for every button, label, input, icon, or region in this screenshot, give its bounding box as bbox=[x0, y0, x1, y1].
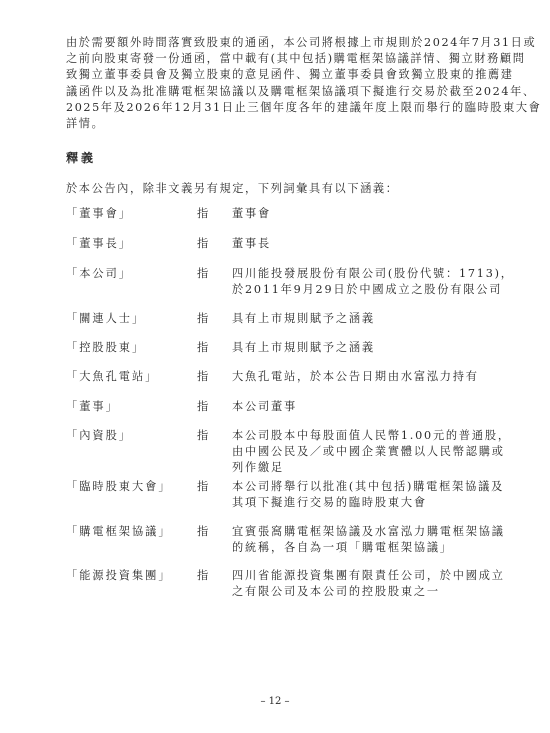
definition-text: 本公司董事 bbox=[232, 399, 486, 415]
means-label: 指 bbox=[197, 568, 208, 584]
definition-term: 「購電框架協議」 bbox=[66, 524, 172, 540]
definition-text: 本公司將舉行以批准(其中包括)購電框架協議及 其項下擬進行交易的臨時股東大會 bbox=[232, 479, 486, 511]
definitions-intro: 於本公告內，除非文義另有規定，下列詞彙具有以下涵義： bbox=[66, 180, 398, 196]
section-heading: 釋義 bbox=[66, 149, 96, 166]
means-label: 指 bbox=[197, 369, 208, 385]
paragraph-line: 議函件以及為批准購電框架協議以及購電框架協議項下擬進行交易於截至2024年、 bbox=[66, 84, 486, 100]
means-label: 指 bbox=[197, 311, 208, 327]
definition-line: 四川能投發展股份有限公司(股份代號：1713)， bbox=[232, 266, 486, 282]
definition-text: 具有上市規則賦予之涵義 bbox=[232, 340, 486, 356]
definition-text: 四川能投發展股份有限公司(股份代號：1713)， 於2011年9月29日於中國成… bbox=[232, 266, 486, 298]
means-label: 指 bbox=[197, 399, 208, 415]
definition-text: 本公司股本中每股面值人民幣1.00元的普通股， 由中國公民及／或中國企業實體以人… bbox=[232, 428, 486, 477]
definition-term: 「董事會」 bbox=[66, 206, 132, 222]
definition-term: 「本公司」 bbox=[66, 266, 132, 282]
paragraph-line: 2025年及2026年12月31日止三個年度各年的建議年度上限而舉行的臨時股東大… bbox=[66, 100, 486, 116]
definition-line: 董事長 bbox=[232, 236, 486, 252]
definition-text: 四川省能源投資集團有限責任公司，於中國成立 之有限公司及本公司的控股股東之一 bbox=[232, 568, 486, 600]
definition-term: 「控股股東」 bbox=[66, 340, 145, 356]
definition-text: 董事長 bbox=[232, 236, 486, 252]
page-number: – 12 – bbox=[0, 696, 550, 707]
definition-line: 具有上市規則賦予之涵義 bbox=[232, 311, 486, 327]
means-label: 指 bbox=[197, 266, 208, 282]
paragraph-line: 之前向股東寄發一份通函，當中載有(其中包括)購電框架協議詳情、獨立財務顧問 bbox=[66, 51, 486, 67]
paragraph-line: 致獨立董事委員會及獨立股東的意見函件、獨立董事委員會致獨立股東的推薦建 bbox=[66, 67, 486, 83]
means-label: 指 bbox=[197, 479, 208, 495]
definition-line: 之有限公司及本公司的控股股東之一 bbox=[232, 584, 486, 600]
definition-text: 董事會 bbox=[232, 206, 486, 222]
paragraph-line: 由於需要額外時間落實致股東的通函，本公司將根據上市規則於2024年7月31日或 bbox=[66, 35, 486, 51]
definition-line: 本公司董事 bbox=[232, 399, 486, 415]
definition-term: 「臨時股東大會」 bbox=[66, 479, 172, 495]
definition-line: 具有上市規則賦予之涵義 bbox=[232, 340, 486, 356]
definition-line: 由中國公民及／或中國企業實體以人民幣認購或 bbox=[232, 444, 486, 460]
definition-line: 本公司股本中每股面值人民幣1.00元的普通股， bbox=[232, 428, 486, 444]
definition-term: 「內資股」 bbox=[66, 428, 132, 444]
definition-line: 其項下擬進行交易的臨時股東大會 bbox=[232, 495, 486, 511]
definition-text: 宜賓張窩購電框架協議及水富泓力購電框架協議 的統稱，各自為一項「購電框架協議」 bbox=[232, 524, 486, 556]
definition-text: 大魚孔電站，於本公告日期由水富泓力持有 bbox=[232, 369, 486, 385]
means-label: 指 bbox=[197, 428, 208, 444]
means-label: 指 bbox=[197, 206, 208, 222]
definition-term: 「大魚孔電站」 bbox=[66, 369, 158, 385]
paragraph-line: 詳情。 bbox=[66, 116, 486, 132]
definition-line: 大魚孔電站，於本公告日期由水富泓力持有 bbox=[232, 369, 486, 385]
definition-line: 於2011年9月29日於中國成立之股份有限公司 bbox=[232, 282, 486, 298]
definition-term: 「董事長」 bbox=[66, 236, 132, 252]
definition-line: 的統稱，各自為一項「購電框架協議」 bbox=[232, 540, 486, 556]
definition-line: 列作繳足 bbox=[232, 460, 486, 476]
intro-paragraph: 由於需要額外時間落實致股東的通函，本公司將根據上市規則於2024年7月31日或 … bbox=[66, 35, 486, 132]
means-label: 指 bbox=[197, 236, 208, 252]
definition-line: 董事會 bbox=[232, 206, 486, 222]
definition-text: 具有上市規則賦予之涵義 bbox=[232, 311, 486, 327]
definition-line: 四川省能源投資集團有限責任公司，於中國成立 bbox=[232, 568, 486, 584]
means-label: 指 bbox=[197, 340, 208, 356]
means-label: 指 bbox=[197, 524, 208, 540]
definition-line: 宜賓張窩購電框架協議及水富泓力購電框架協議 bbox=[232, 524, 486, 540]
definition-line: 本公司將舉行以批准(其中包括)購電框架協議及 bbox=[232, 479, 486, 495]
definition-term: 「關連人士」 bbox=[66, 311, 145, 327]
definition-term: 「能源投資集團」 bbox=[66, 568, 172, 584]
definition-term: 「董事」 bbox=[66, 399, 119, 415]
